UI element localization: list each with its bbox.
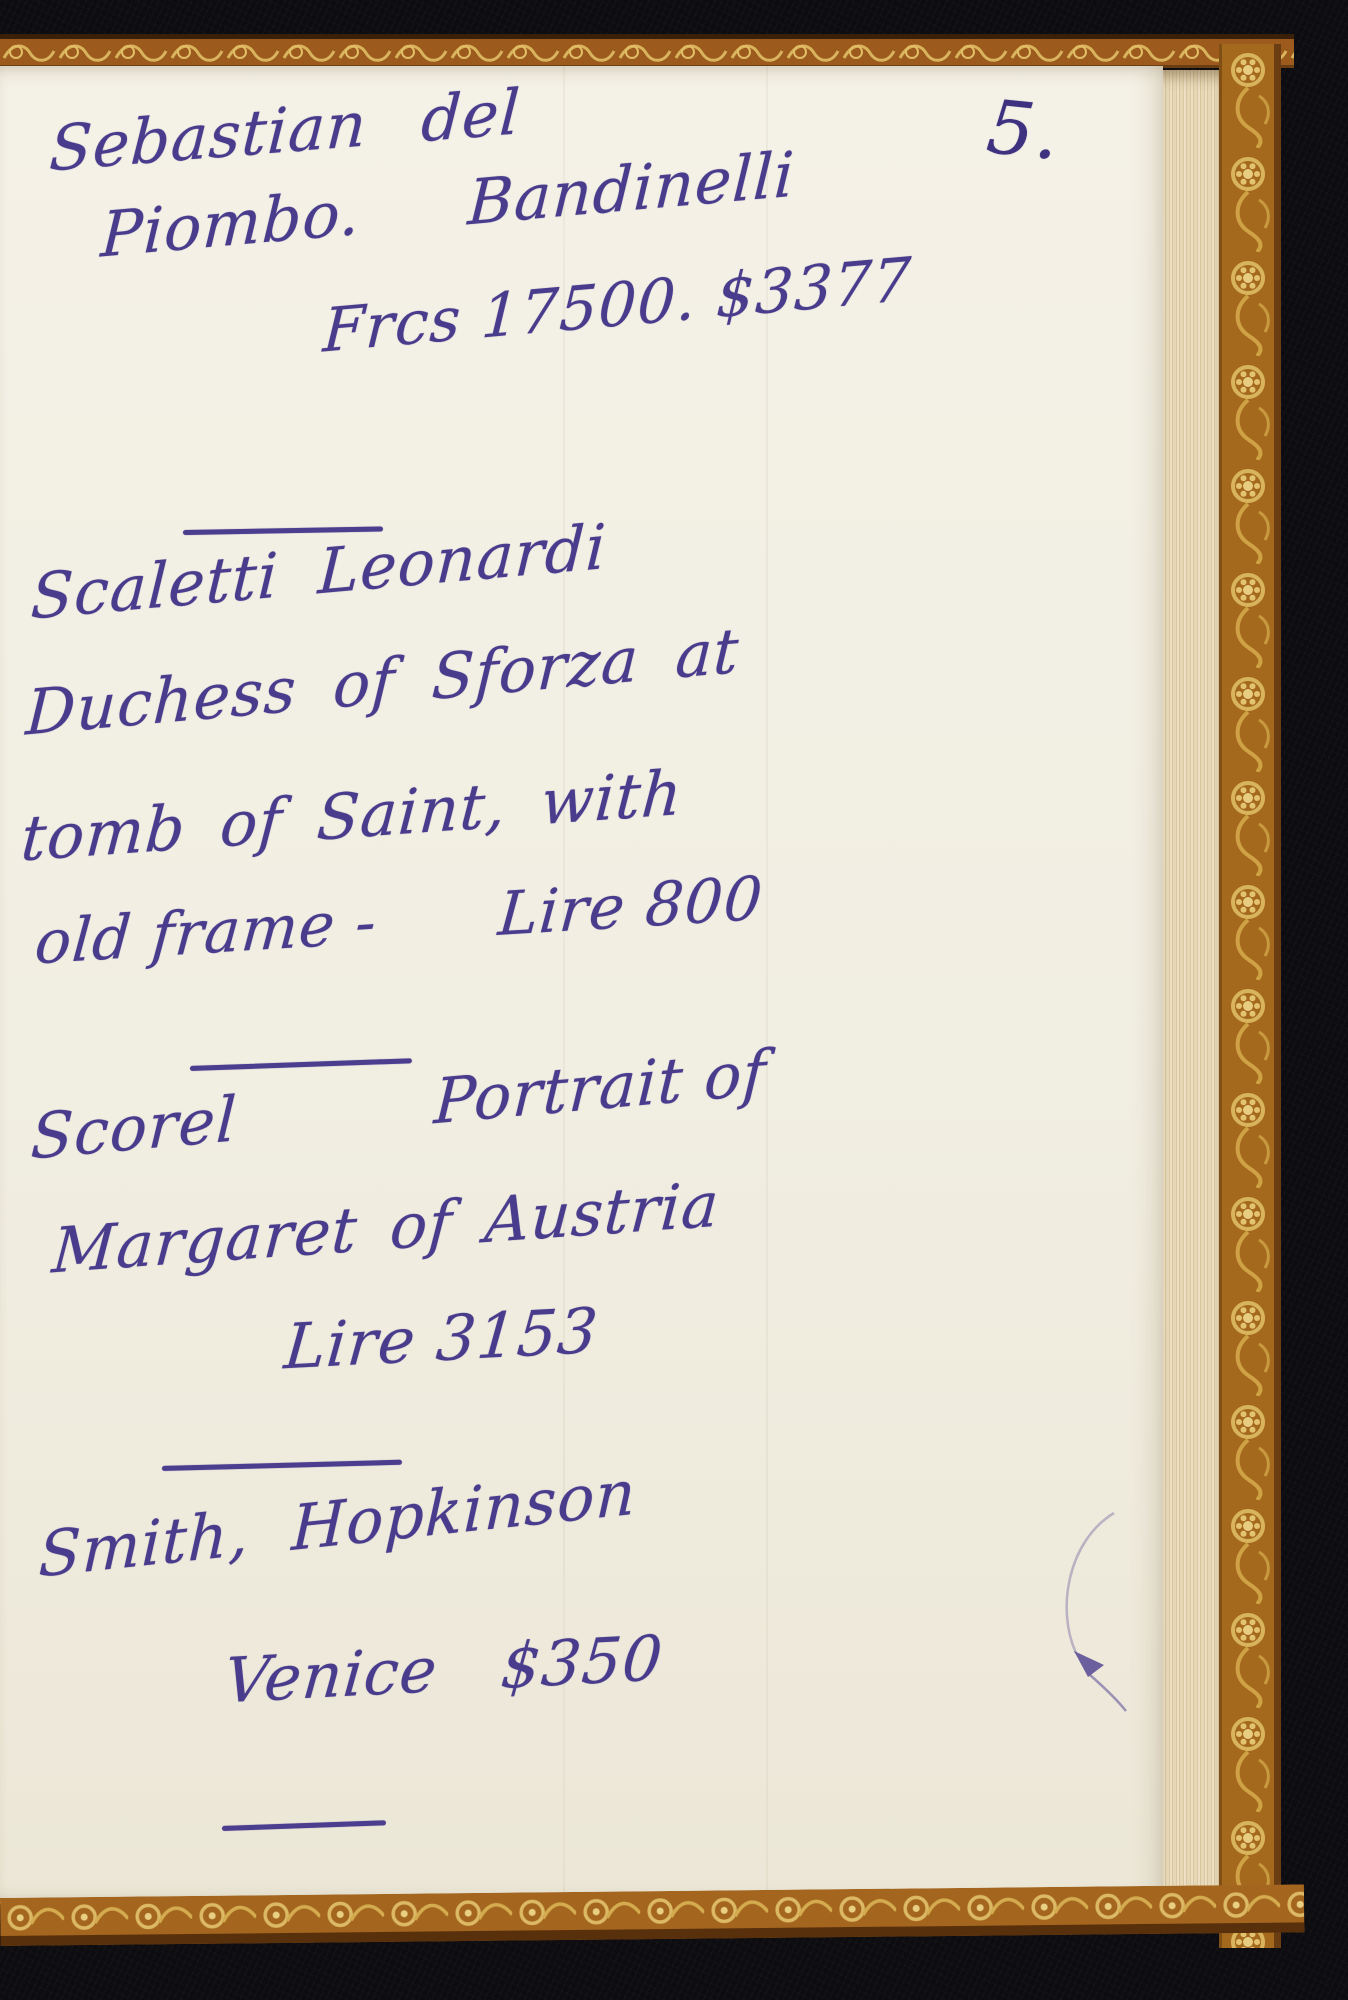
gilt-border-right	[1219, 44, 1281, 1948]
subject-word: Venice	[222, 1633, 441, 1718]
page-number: 5.	[983, 84, 1064, 177]
price: $350	[498, 1621, 666, 1703]
spacer	[277, 593, 317, 596]
spacer	[436, 1688, 500, 1691]
spacer	[375, 935, 497, 942]
fore-edge-pages	[1163, 70, 1219, 1906]
photograph-background: { "page_number": "5.", "colors": { "ink"…	[0, 0, 1348, 2000]
ink-smudge	[1030, 1505, 1150, 1715]
gilt-band-top	[0, 34, 1294, 68]
paper-crease	[766, 66, 768, 1904]
spacer	[359, 224, 467, 233]
spacer	[236, 1123, 433, 1140]
